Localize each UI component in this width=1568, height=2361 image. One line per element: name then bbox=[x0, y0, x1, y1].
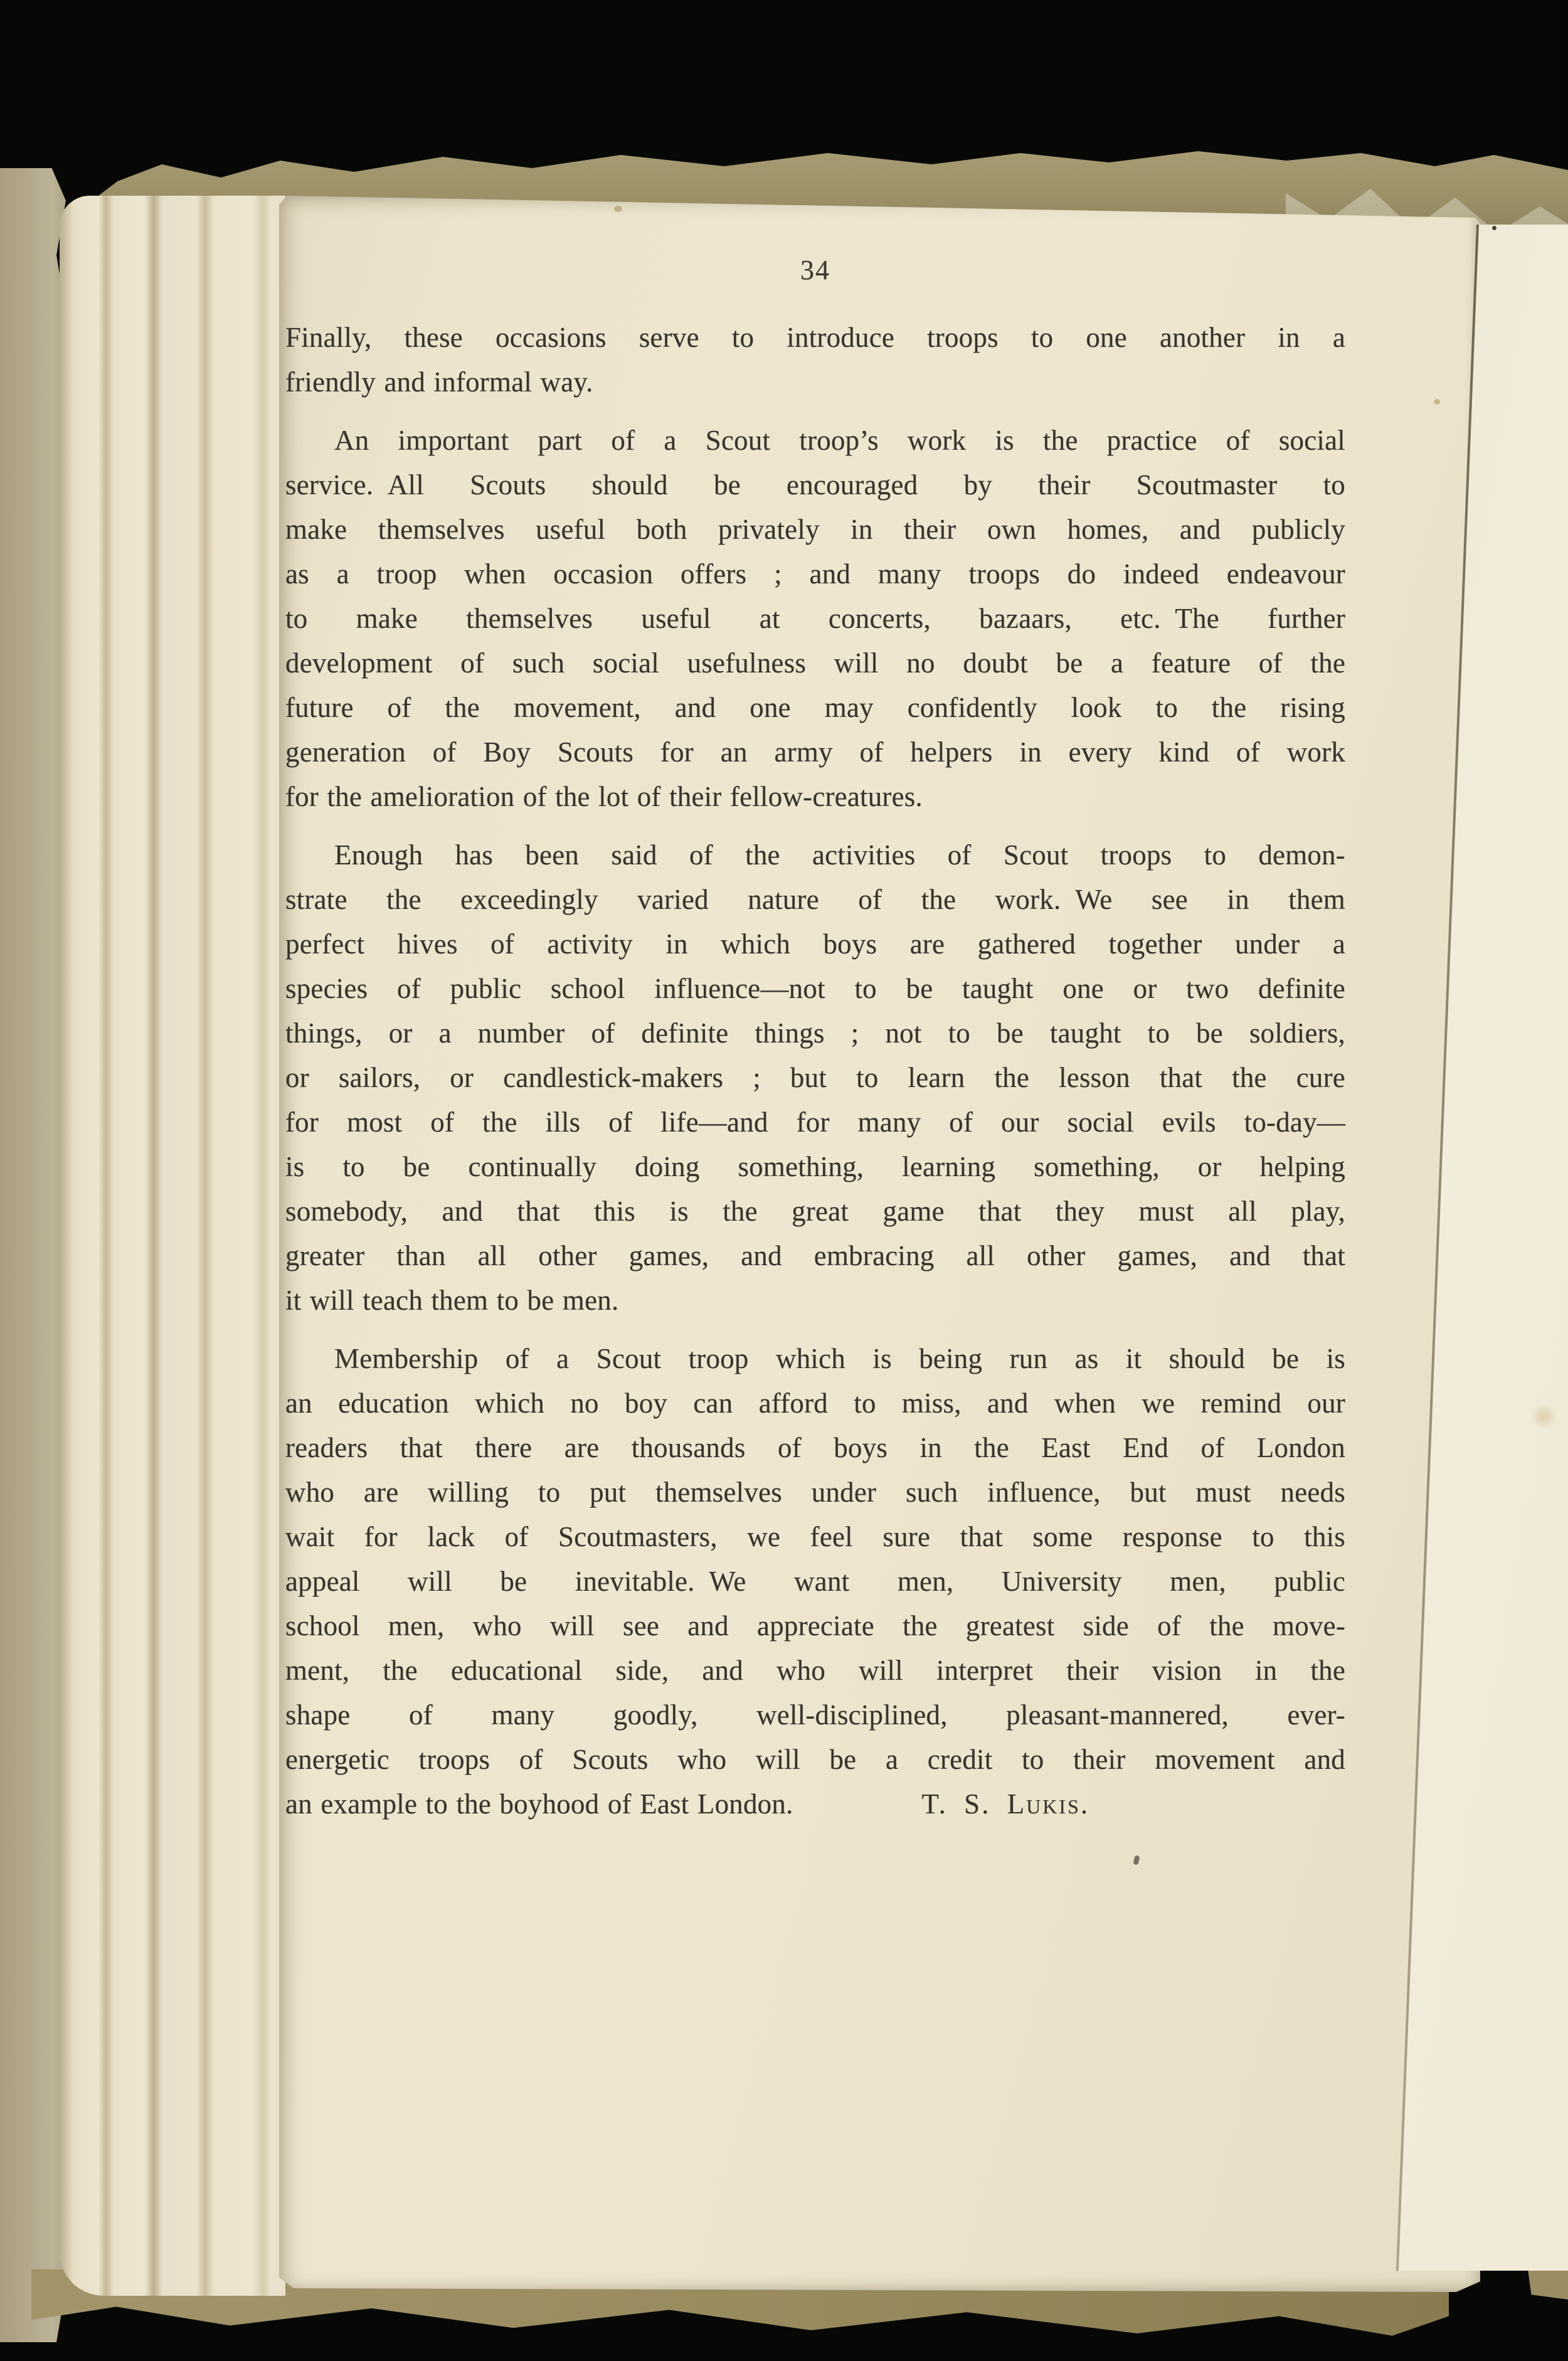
foxing-spot bbox=[1434, 399, 1440, 405]
text-line: an education which no boy can afford to … bbox=[285, 1381, 1345, 1426]
text-line: who are willing to put themselves under … bbox=[285, 1470, 1345, 1515]
text-line: generation of Boy Scouts for an army of … bbox=[285, 730, 1345, 775]
text-line: wait for lack of Scoutmasters, we feel s… bbox=[285, 1515, 1345, 1559]
text-line: it will teach them to be men. bbox=[285, 1278, 1345, 1323]
text-line: things, or a number of definite things ;… bbox=[285, 1011, 1345, 1056]
text-line: strate the exceedingly varied nature of … bbox=[285, 878, 1345, 922]
paper-speck bbox=[1492, 226, 1496, 230]
paragraph-2: An important part of a Scout troop’s wor… bbox=[285, 418, 1345, 819]
text-line: for most of the ills of life—and for man… bbox=[285, 1100, 1345, 1145]
text-line: Finally, these occasions serve to introd… bbox=[285, 316, 1345, 360]
text-line: friendly and informal way. bbox=[285, 360, 1345, 405]
page-number: 34 bbox=[285, 254, 1345, 286]
text-line: to make themselves useful at concerts, b… bbox=[285, 597, 1345, 641]
page-stack-edges bbox=[60, 196, 285, 2296]
text-line: service. All Scouts should be encouraged… bbox=[285, 463, 1345, 507]
text-line: perfect hives of activity in which boys … bbox=[285, 922, 1345, 967]
text-line: readers that there are thousands of boys… bbox=[285, 1426, 1345, 1470]
author-signature: T. S. Lukis. bbox=[922, 1788, 1090, 1820]
text-line: energetic troops of Scouts who will be a… bbox=[285, 1738, 1345, 1782]
text-line: is to be continually doing something, le… bbox=[285, 1145, 1345, 1189]
text-line: future of the movement, and one may conf… bbox=[285, 686, 1345, 730]
text-line: shape of many goodly, well-disciplined, … bbox=[285, 1693, 1345, 1738]
paragraph-4: Membership of a Scout troop which is bei… bbox=[285, 1337, 1345, 1827]
text-line: Membership of a Scout troop which is bei… bbox=[285, 1337, 1345, 1381]
paragraph-1: Finally, these occasions serve to introd… bbox=[285, 316, 1345, 405]
text-line: ment, the educational side, and who will… bbox=[285, 1648, 1345, 1693]
paragraph-3: Enough has been said of the activities o… bbox=[285, 833, 1345, 1323]
paper-speck bbox=[614, 206, 622, 212]
text-line: species of public school influence—not t… bbox=[285, 967, 1345, 1011]
closing-line-text: an example to the boyhood of East London… bbox=[285, 1788, 793, 1820]
book-scan-scene: 34 Finally, these occasions serve to int… bbox=[0, 0, 1568, 2361]
foxing-spot bbox=[1530, 1403, 1558, 1430]
text-line: or sailors, or candlestick-makers ; but … bbox=[285, 1056, 1345, 1100]
text-line: development of such social usefulness wi… bbox=[285, 641, 1345, 686]
text-line: school men, who will see and appreciate … bbox=[285, 1604, 1345, 1648]
text-line: as a troop when occasion offers ; and ma… bbox=[285, 552, 1345, 597]
text-line: for the amelioration of the lot of their… bbox=[285, 775, 1345, 819]
text-line: make themselves useful both privately in… bbox=[285, 507, 1345, 552]
page-text-block: Finally, these occasions serve to introd… bbox=[285, 316, 1345, 1827]
text-line: appeal will be inevitable. We want men, … bbox=[285, 1559, 1345, 1604]
text-line: An important part of a Scout troop’s wor… bbox=[285, 418, 1345, 463]
text-line: greater than all other games, and embrac… bbox=[285, 1234, 1345, 1278]
text-line: Enough has been said of the activities o… bbox=[285, 833, 1345, 878]
text-line: an example to the boyhood of East London… bbox=[285, 1782, 1345, 1827]
text-line: somebody, and that this is the great gam… bbox=[285, 1189, 1345, 1234]
